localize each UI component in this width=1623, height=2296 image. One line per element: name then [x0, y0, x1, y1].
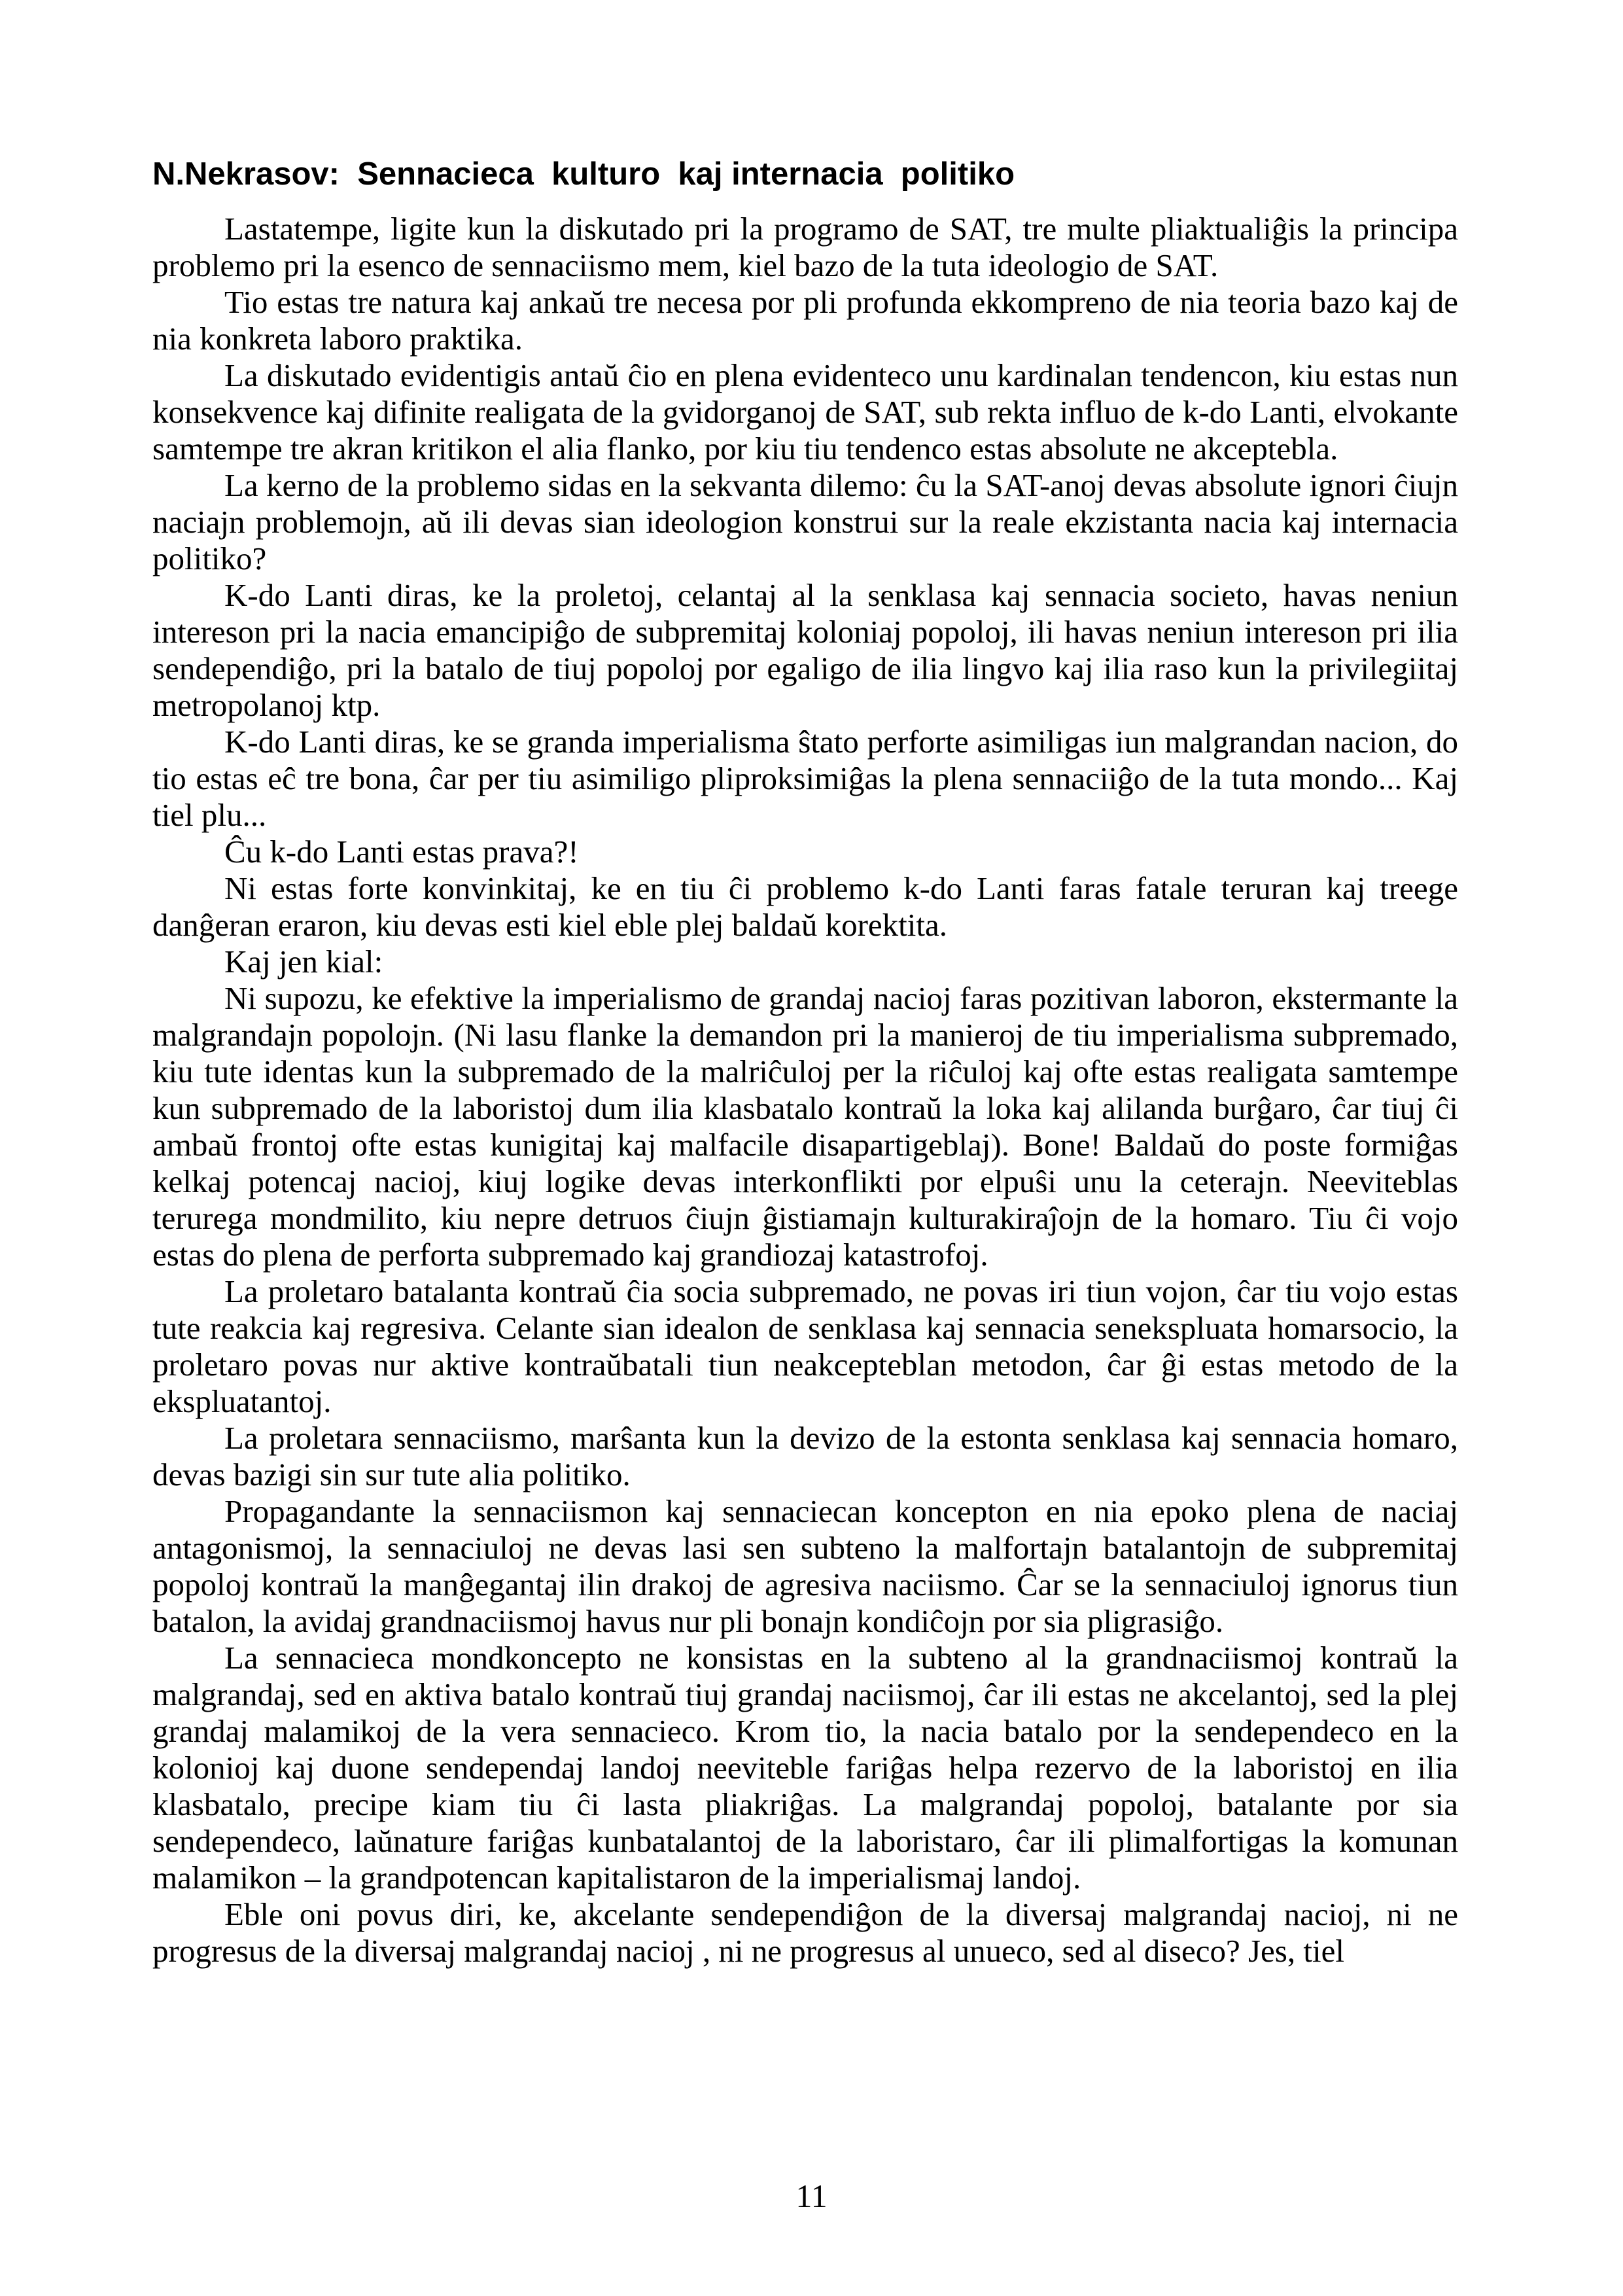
paragraph: K-do Lanti diras, ke la proletoj, celant… — [152, 577, 1458, 724]
paragraph: K-do Lanti diras, ke se granda imperiali… — [152, 724, 1458, 834]
page-number: 11 — [0, 2178, 1623, 2214]
paragraph: Tio estas tre natura kaj ankaŭ tre neces… — [152, 284, 1458, 357]
document-page: N.Nekrasov: Sennacieca kulturo kaj inter… — [0, 0, 1623, 2296]
paragraph: La sennacieca mondkoncepto ne konsistas … — [152, 1640, 1458, 1896]
paragraph: Lastatempe, ligite kun la diskutado pri … — [152, 211, 1458, 284]
paragraph: Eble oni povus diri, ke, akcelante sende… — [152, 1896, 1458, 1969]
paragraph: Propagandante la sennaciismon kaj sennac… — [152, 1493, 1458, 1640]
article-title: N.Nekrasov: Sennacieca kulturo kaj inter… — [152, 156, 1458, 193]
paragraph: Ĉu k-do Lanti estas prava?! — [152, 834, 1458, 870]
paragraph: La proletaro batalanta kontraŭ ĉia socia… — [152, 1273, 1458, 1420]
paragraph: La proletara sennaciismo, marŝanta kun l… — [152, 1420, 1458, 1493]
paragraph: La diskutado evidentigis antaŭ ĉio en pl… — [152, 357, 1458, 467]
paragraph: Ni supozu, ke efektive la imperialismo d… — [152, 980, 1458, 1273]
paragraph: La kerno de la problemo sidas en la sekv… — [152, 467, 1458, 577]
paragraph: Kaj jen kial: — [152, 944, 1458, 980]
article-body: Lastatempe, ligite kun la diskutado pri … — [152, 211, 1458, 1969]
paragraph: Ni estas forte konvinkitaj, ke en tiu ĉi… — [152, 870, 1458, 944]
